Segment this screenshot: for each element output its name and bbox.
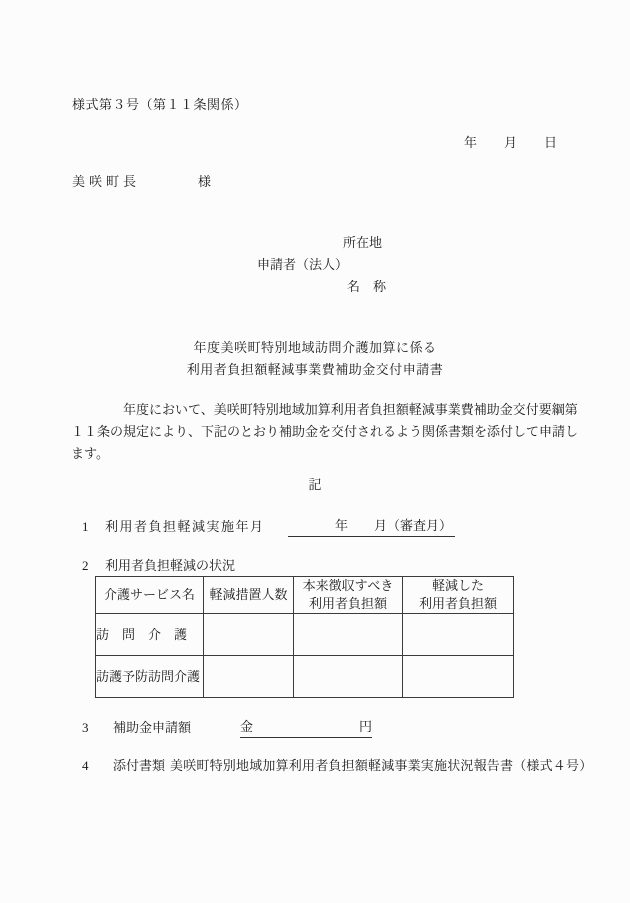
header-reduction-count: 軽減措置人数: [204, 577, 294, 614]
applicant-name-label: 名 称: [347, 279, 386, 294]
table-header-row: 介護サービス名 軽減措置人数 本来徴収すべき 利用者負担額 軽減した 利用者負担…: [96, 577, 514, 614]
body-paragraph-line-2: １１条の規定により、下記のとおり補助金を交付されるよう関係書類を添付して申請し: [71, 421, 563, 443]
date-month-label: 月: [504, 135, 517, 150]
table-row-preventive-home-visit-care: 訪護予防訪問介護: [96, 656, 514, 698]
table-cell-empty: [294, 656, 403, 698]
table-cell-empty: [403, 614, 514, 656]
table-cell-empty: [204, 614, 294, 656]
header-service-name: 介護サービス名: [96, 577, 204, 614]
body-paragraph: 年度において、美咲町特別地域加算利用者負担額軽減事業費補助金交付要綱第 １１条の…: [71, 399, 563, 465]
subsidy-amount-field: 金 円: [240, 717, 372, 738]
document-page: 様式第３号（第１１条関係） 年 月 日 美咲町長 様 所在地 申請者（法人） 名…: [0, 0, 630, 903]
amount-prefix: 金: [240, 717, 253, 737]
implementation-year-month-field: 年 月（審査月）: [288, 516, 455, 537]
table-cell-empty: [294, 614, 403, 656]
service-name-cell: 訪 問 介 護: [96, 614, 204, 656]
form-number: 様式第３号（第１１条関係）: [72, 97, 248, 112]
item-3-number: 3: [82, 720, 96, 735]
document-title: 年度美咲町特別地域訪問介護加算に係る 利用者負担額軽減事業費補助金交付申請書: [0, 337, 630, 380]
document-title-line-1: 年度美咲町特別地域訪問介護加算に係る: [0, 337, 630, 359]
body-paragraph-line-1: 年度において、美咲町特別地域加算利用者負担額軽減事業費補助金交付要綱第: [71, 399, 563, 421]
item-1-number: 1: [82, 519, 96, 534]
amount-suffix: 円: [359, 717, 372, 737]
item-4-number: 4: [82, 758, 96, 773]
item-4-label: 添付書類: [113, 758, 165, 773]
body-paragraph-line-3: ます。: [71, 443, 563, 465]
table-cell-empty: [204, 656, 294, 698]
item-2-number: 2: [82, 558, 96, 573]
header-original-charge: 本来徴収すべき 利用者負担額: [294, 577, 403, 614]
item-2-label: 利用者負担軽減の状況: [105, 558, 235, 573]
item-1-label: 利用者負担軽減実施年月: [105, 519, 265, 534]
document-title-line-2: 利用者負担額軽減事業費補助金交付申請書: [0, 359, 630, 381]
applicant-address-label: 所在地: [343, 235, 382, 250]
table-cell-empty: [403, 656, 514, 698]
date-day-label: 日: [544, 135, 557, 150]
date-line: 年 月 日: [464, 135, 557, 150]
item-3-label: 補助金申請額: [113, 720, 191, 735]
reduction-status-table: 介護サービス名 軽減措置人数 本来徴収すべき 利用者負担額 軽減した 利用者負担…: [95, 576, 514, 698]
service-name-cell: 訪護予防訪問介護: [96, 656, 204, 698]
applicant-entity-label: 申請者（法人）: [257, 257, 348, 272]
recipient-name: 美咲町長: [72, 174, 140, 189]
attachment-document-name: 美咲町特別地域加算利用者負担額軽減事業実施状況報告書（様式４号）: [170, 758, 592, 773]
list-heading: 記: [0, 477, 630, 492]
date-year-label: 年: [464, 135, 477, 150]
recipient-honorific: 様: [198, 174, 211, 189]
table-row-home-visit-care: 訪 問 介 護: [96, 614, 514, 656]
header-reduced-charge: 軽減した 利用者負担額: [403, 577, 514, 614]
